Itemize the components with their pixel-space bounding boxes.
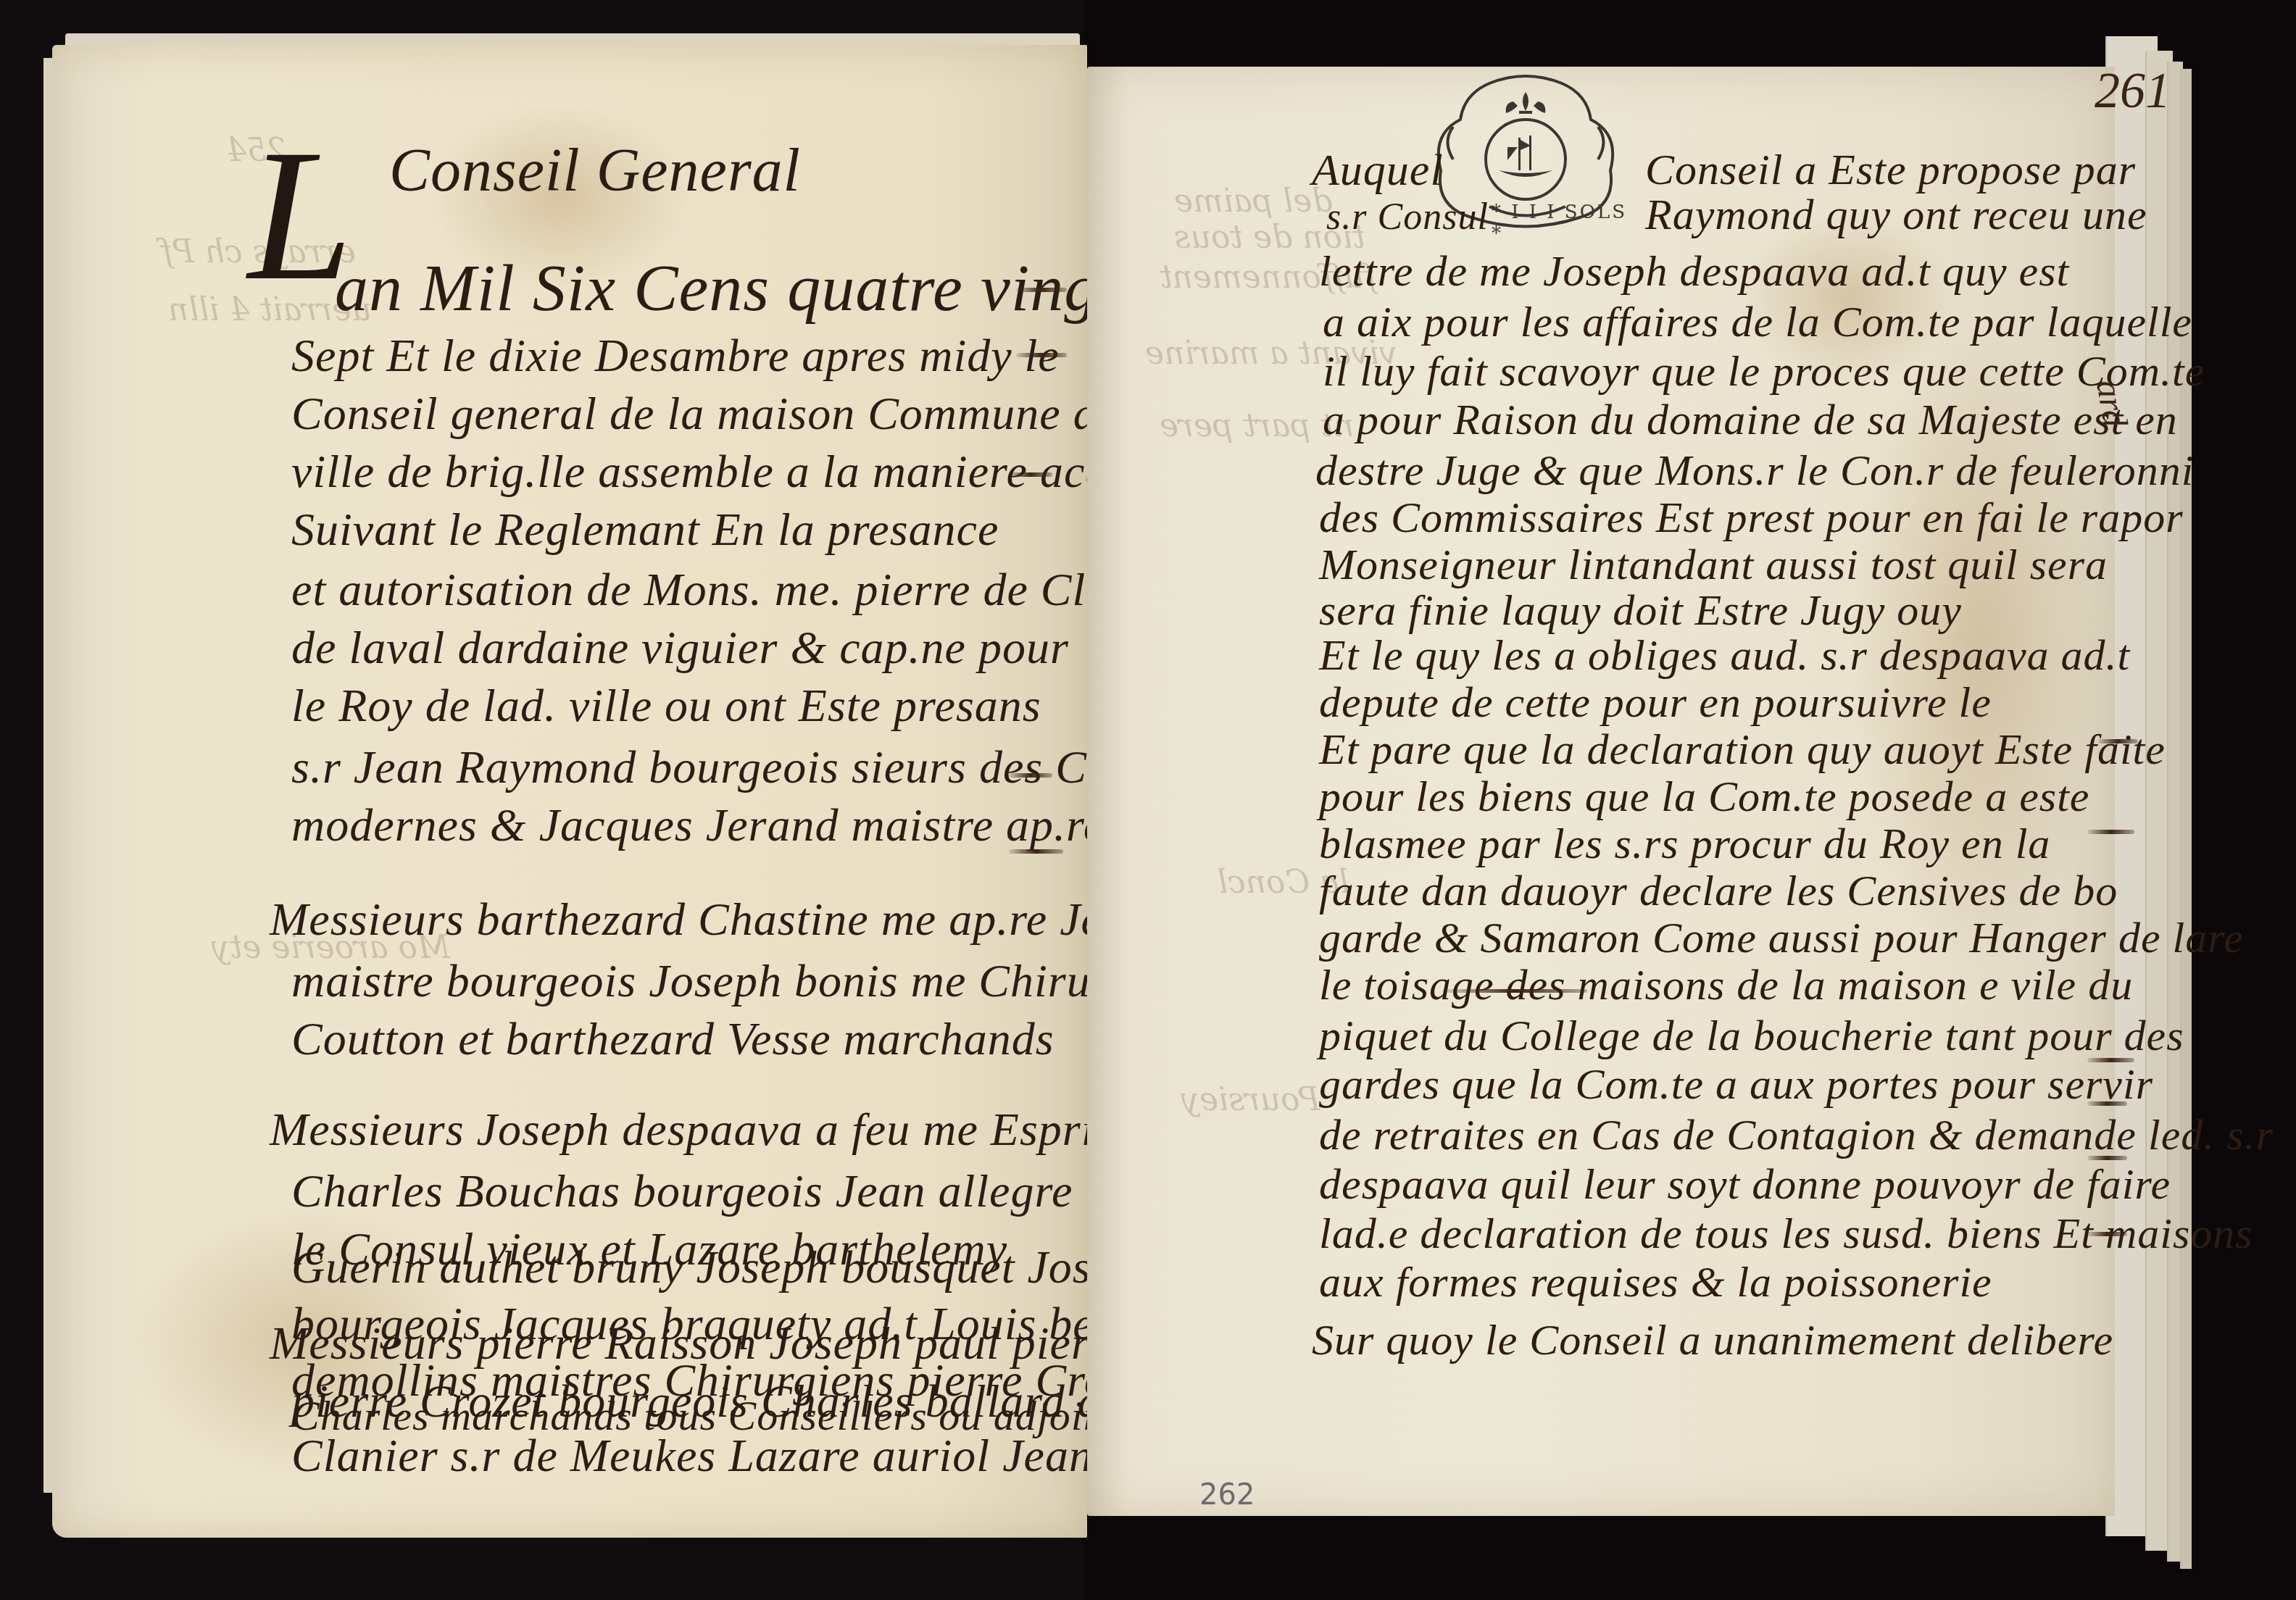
line-end-dash <box>2087 1058 2134 1062</box>
line-end-dash <box>1016 353 1067 357</box>
text-line: destre Juge & que Mons.r le Con.r de feu… <box>1315 446 2194 496</box>
bleed-through-text: del paime <box>1174 183 1333 220</box>
document-heading: Conseil General <box>389 136 801 206</box>
text-line: des Commissaires Est prest pour en fai l… <box>1319 493 2184 543</box>
text-line: despaava quil leur soyt donne pouvoyr de… <box>1319 1159 2171 1209</box>
text-line: pour les biens que la Com.te posede a es… <box>1319 772 2090 822</box>
text-line: Conseil general de la maison Commune de … <box>291 387 1222 441</box>
line-end-dash <box>2087 1101 2127 1106</box>
text-line: il luy fait scavoyr que le proces que ce… <box>1323 346 2205 396</box>
text-line: Messieurs Joseph despaava a feu me Espri… <box>270 1103 1194 1157</box>
text-line: Sept Et le dixie Desambre apres midy le <box>291 329 1060 383</box>
line-end-dash <box>2087 830 2134 834</box>
text-line: faute dan dauoyr declare les Censives de… <box>1319 866 2118 916</box>
text-line: piquet du College de la boucherie tant p… <box>1319 1011 2184 1061</box>
text-line: Messieurs barthezard Chastine me ap.re J… <box>270 893 1150 946</box>
line-end-dash <box>1009 472 1052 477</box>
text-line: Coutton et barthezard Vesse marchands <box>291 1012 1055 1066</box>
text-line: Charles marchands tous Conseillers ou ad… <box>291 1391 1135 1440</box>
text-line: garde & Samaron Come aussi pour Hanger d… <box>1319 913 2244 963</box>
text-line: s.r Jean Raymond bourgeois sieurs des Co… <box>291 741 1210 794</box>
line-end-dash <box>1009 773 1052 778</box>
line-end-dash <box>2098 739 2138 743</box>
text-line: gardes que la Com.te a aux portes pour s… <box>1319 1059 2153 1109</box>
text-line: le Roy de lad. ville ou ont Este presans <box>291 679 1041 733</box>
text-line: blasmee par les s.rs procur du Roy en la <box>1319 819 2050 869</box>
text-line: Conseil a Este propose par <box>1645 145 2136 195</box>
pencil-page-number: 262 <box>1199 1478 1255 1512</box>
line-end-dash <box>2087 1232 2127 1236</box>
text-line: an Mil Six Cens quatre vingt <box>335 249 1118 326</box>
line-end-dash <box>1016 288 1067 292</box>
text-line: lettre de me Joseph despaava ad.t quy es… <box>1319 246 2069 296</box>
line-end-dash <box>1009 849 1063 854</box>
text-line: a pour Raison du domaine de sa Majeste e… <box>1323 395 2178 445</box>
text-line: Et le quy les a obliges aud. s.r despaav… <box>1319 630 2130 680</box>
page-leaf-edge <box>2180 69 2192 1569</box>
text-line: a aix pour les affaires de la Com.te par… <box>1323 297 2192 347</box>
line-end-dash <box>2087 1156 2127 1160</box>
text-line: Et pare que la declaration quy auoyt Est… <box>1319 725 2166 775</box>
text-line: Raymond quy ont receu une <box>1645 190 2147 240</box>
margin-annotation: ard <box>2088 377 2135 430</box>
text-line: aux formes requises & la poissonerie <box>1319 1257 1992 1307</box>
text-line: s.r Consul <box>1326 196 1489 238</box>
text-line: et autorisation de Mons. me. pierre de C… <box>291 563 1187 617</box>
text-line: Sur quoy le Conseil a unanimement delibe… <box>1312 1315 2113 1365</box>
text-line: le toisage des maisons de la maison e vi… <box>1319 960 2133 1010</box>
text-line: Monseigneur lintandant aussi tost quil s… <box>1319 540 2108 590</box>
bleed-through-text: Poursiey <box>1181 1081 1320 1118</box>
folio-number: 261 <box>2095 62 2171 120</box>
text-line: depute de cette pour en poursuivre le <box>1319 678 1992 728</box>
text-line: de laval dardaine viguier & cap.ne pour <box>291 621 1069 675</box>
text-line: Suivant le Reglemant En la presance <box>291 503 999 557</box>
text-line: de retraites en Cas de Contagion & deman… <box>1319 1110 2274 1160</box>
stamp-value-label: * I I I SOLS * <box>1492 201 1631 245</box>
text-line: Auquel <box>1312 145 1444 196</box>
strikethrough-mark <box>1442 989 1587 993</box>
text-line: sera finie laquy doit Estre Jugy ouy <box>1319 586 1962 636</box>
